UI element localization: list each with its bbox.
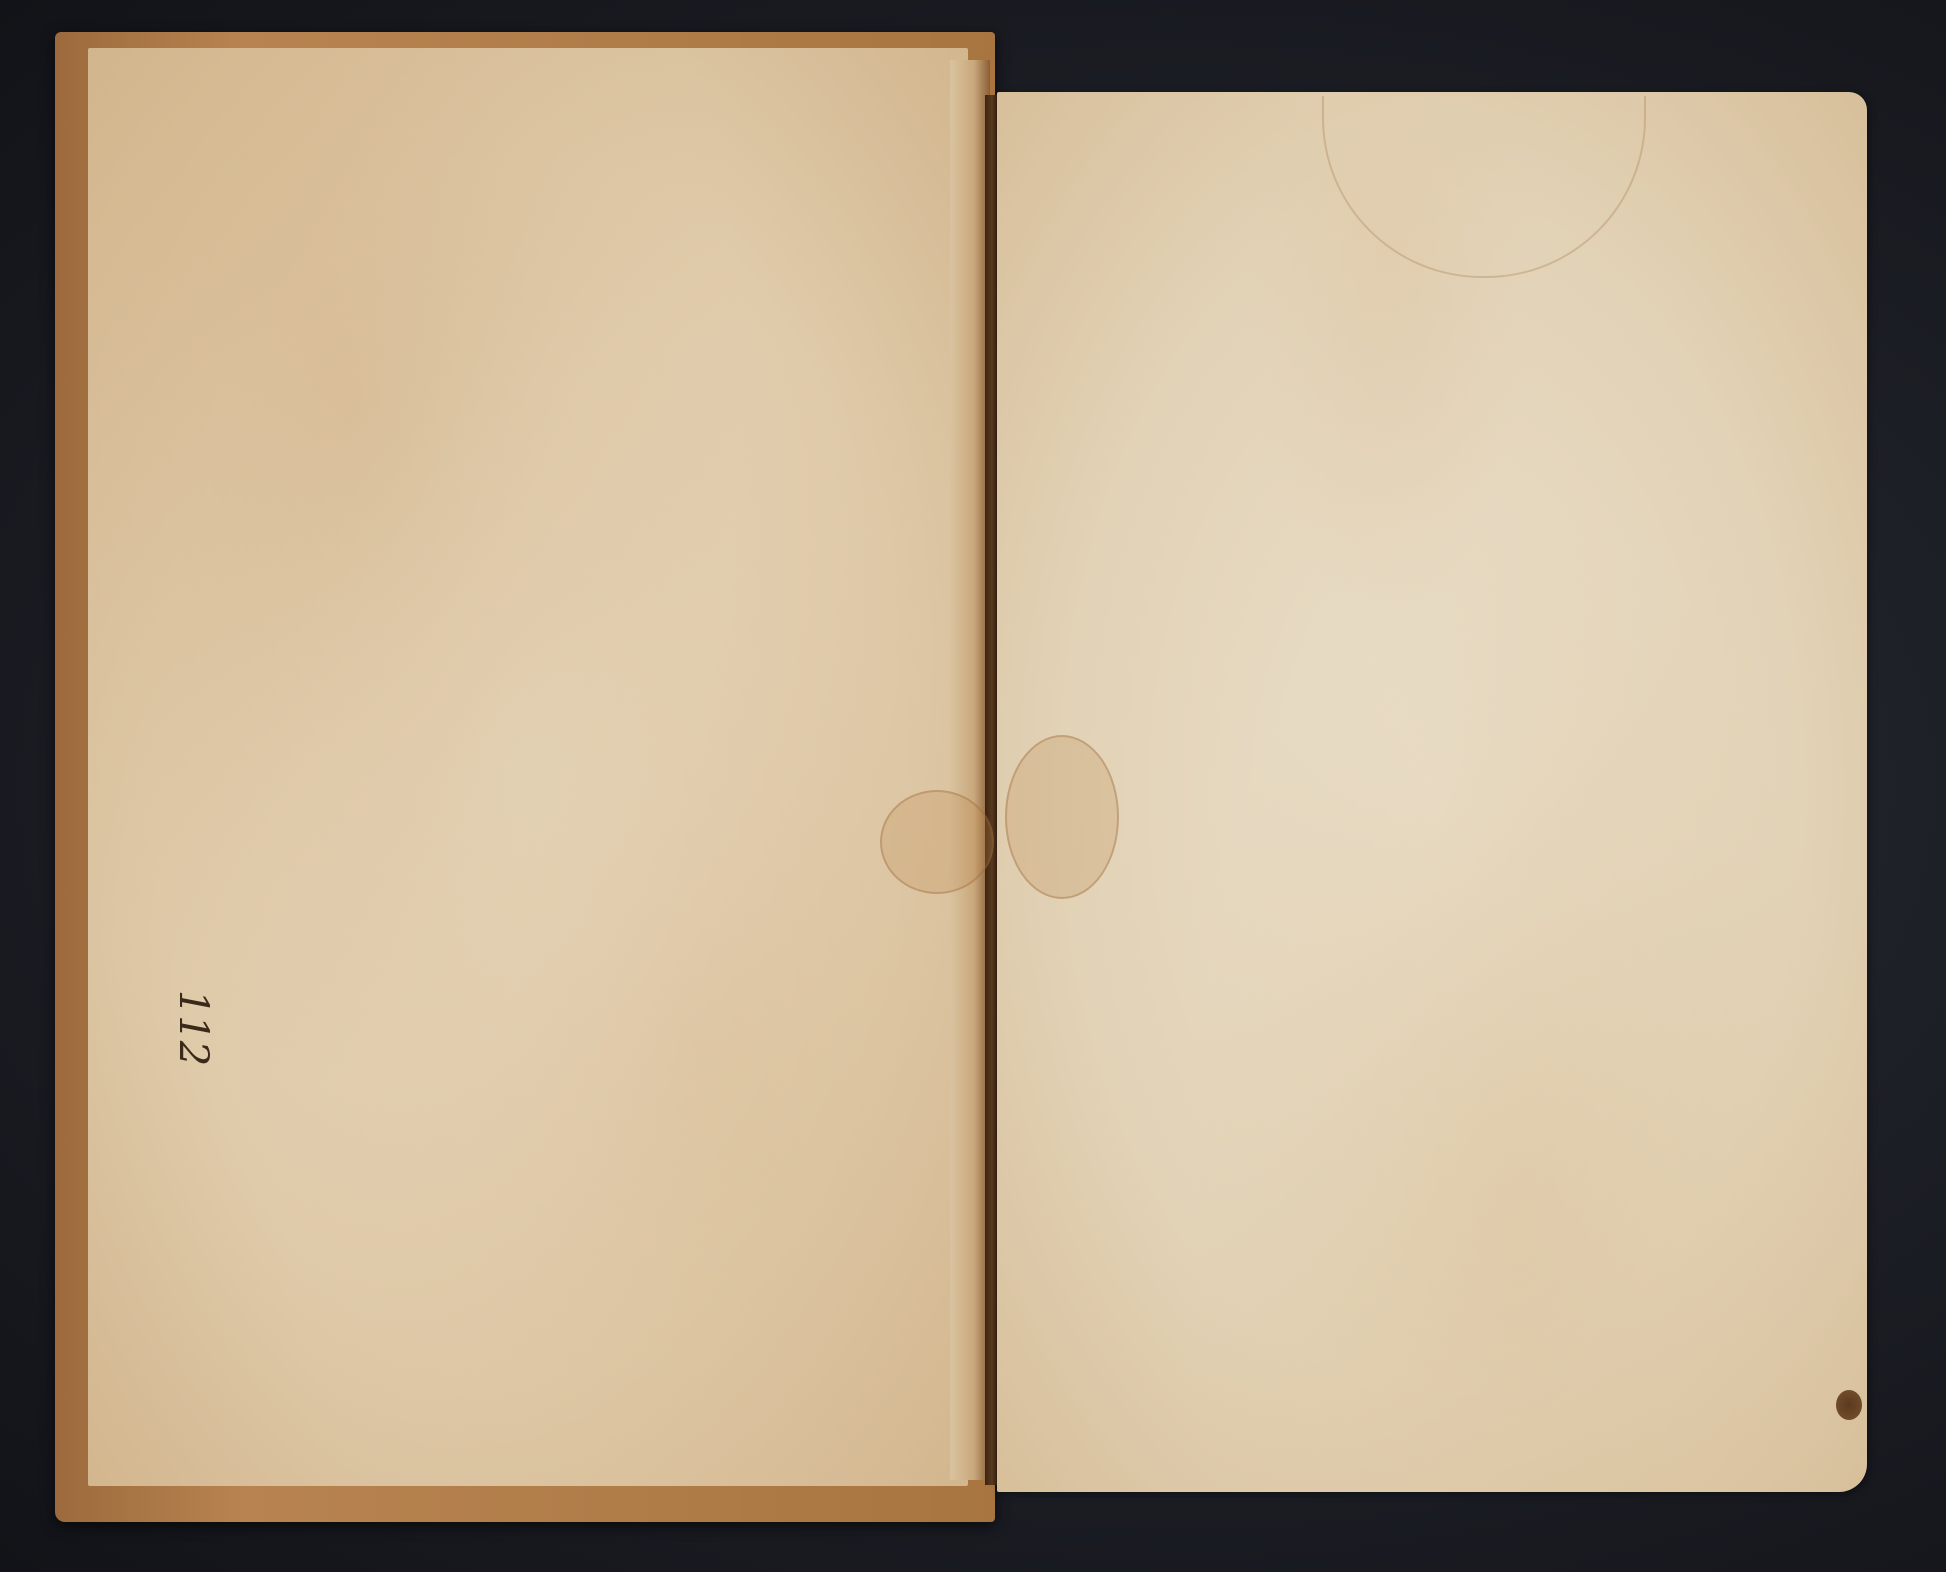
- right-flyleaf: [997, 92, 1867, 1492]
- left-endpaper: [88, 48, 968, 1486]
- hinge-fold: [950, 60, 990, 1480]
- water-stain: [1005, 735, 1119, 899]
- handwritten-shelf-mark: 112: [170, 990, 216, 1066]
- worm-hole: [1836, 1390, 1862, 1420]
- water-stain: [880, 790, 994, 894]
